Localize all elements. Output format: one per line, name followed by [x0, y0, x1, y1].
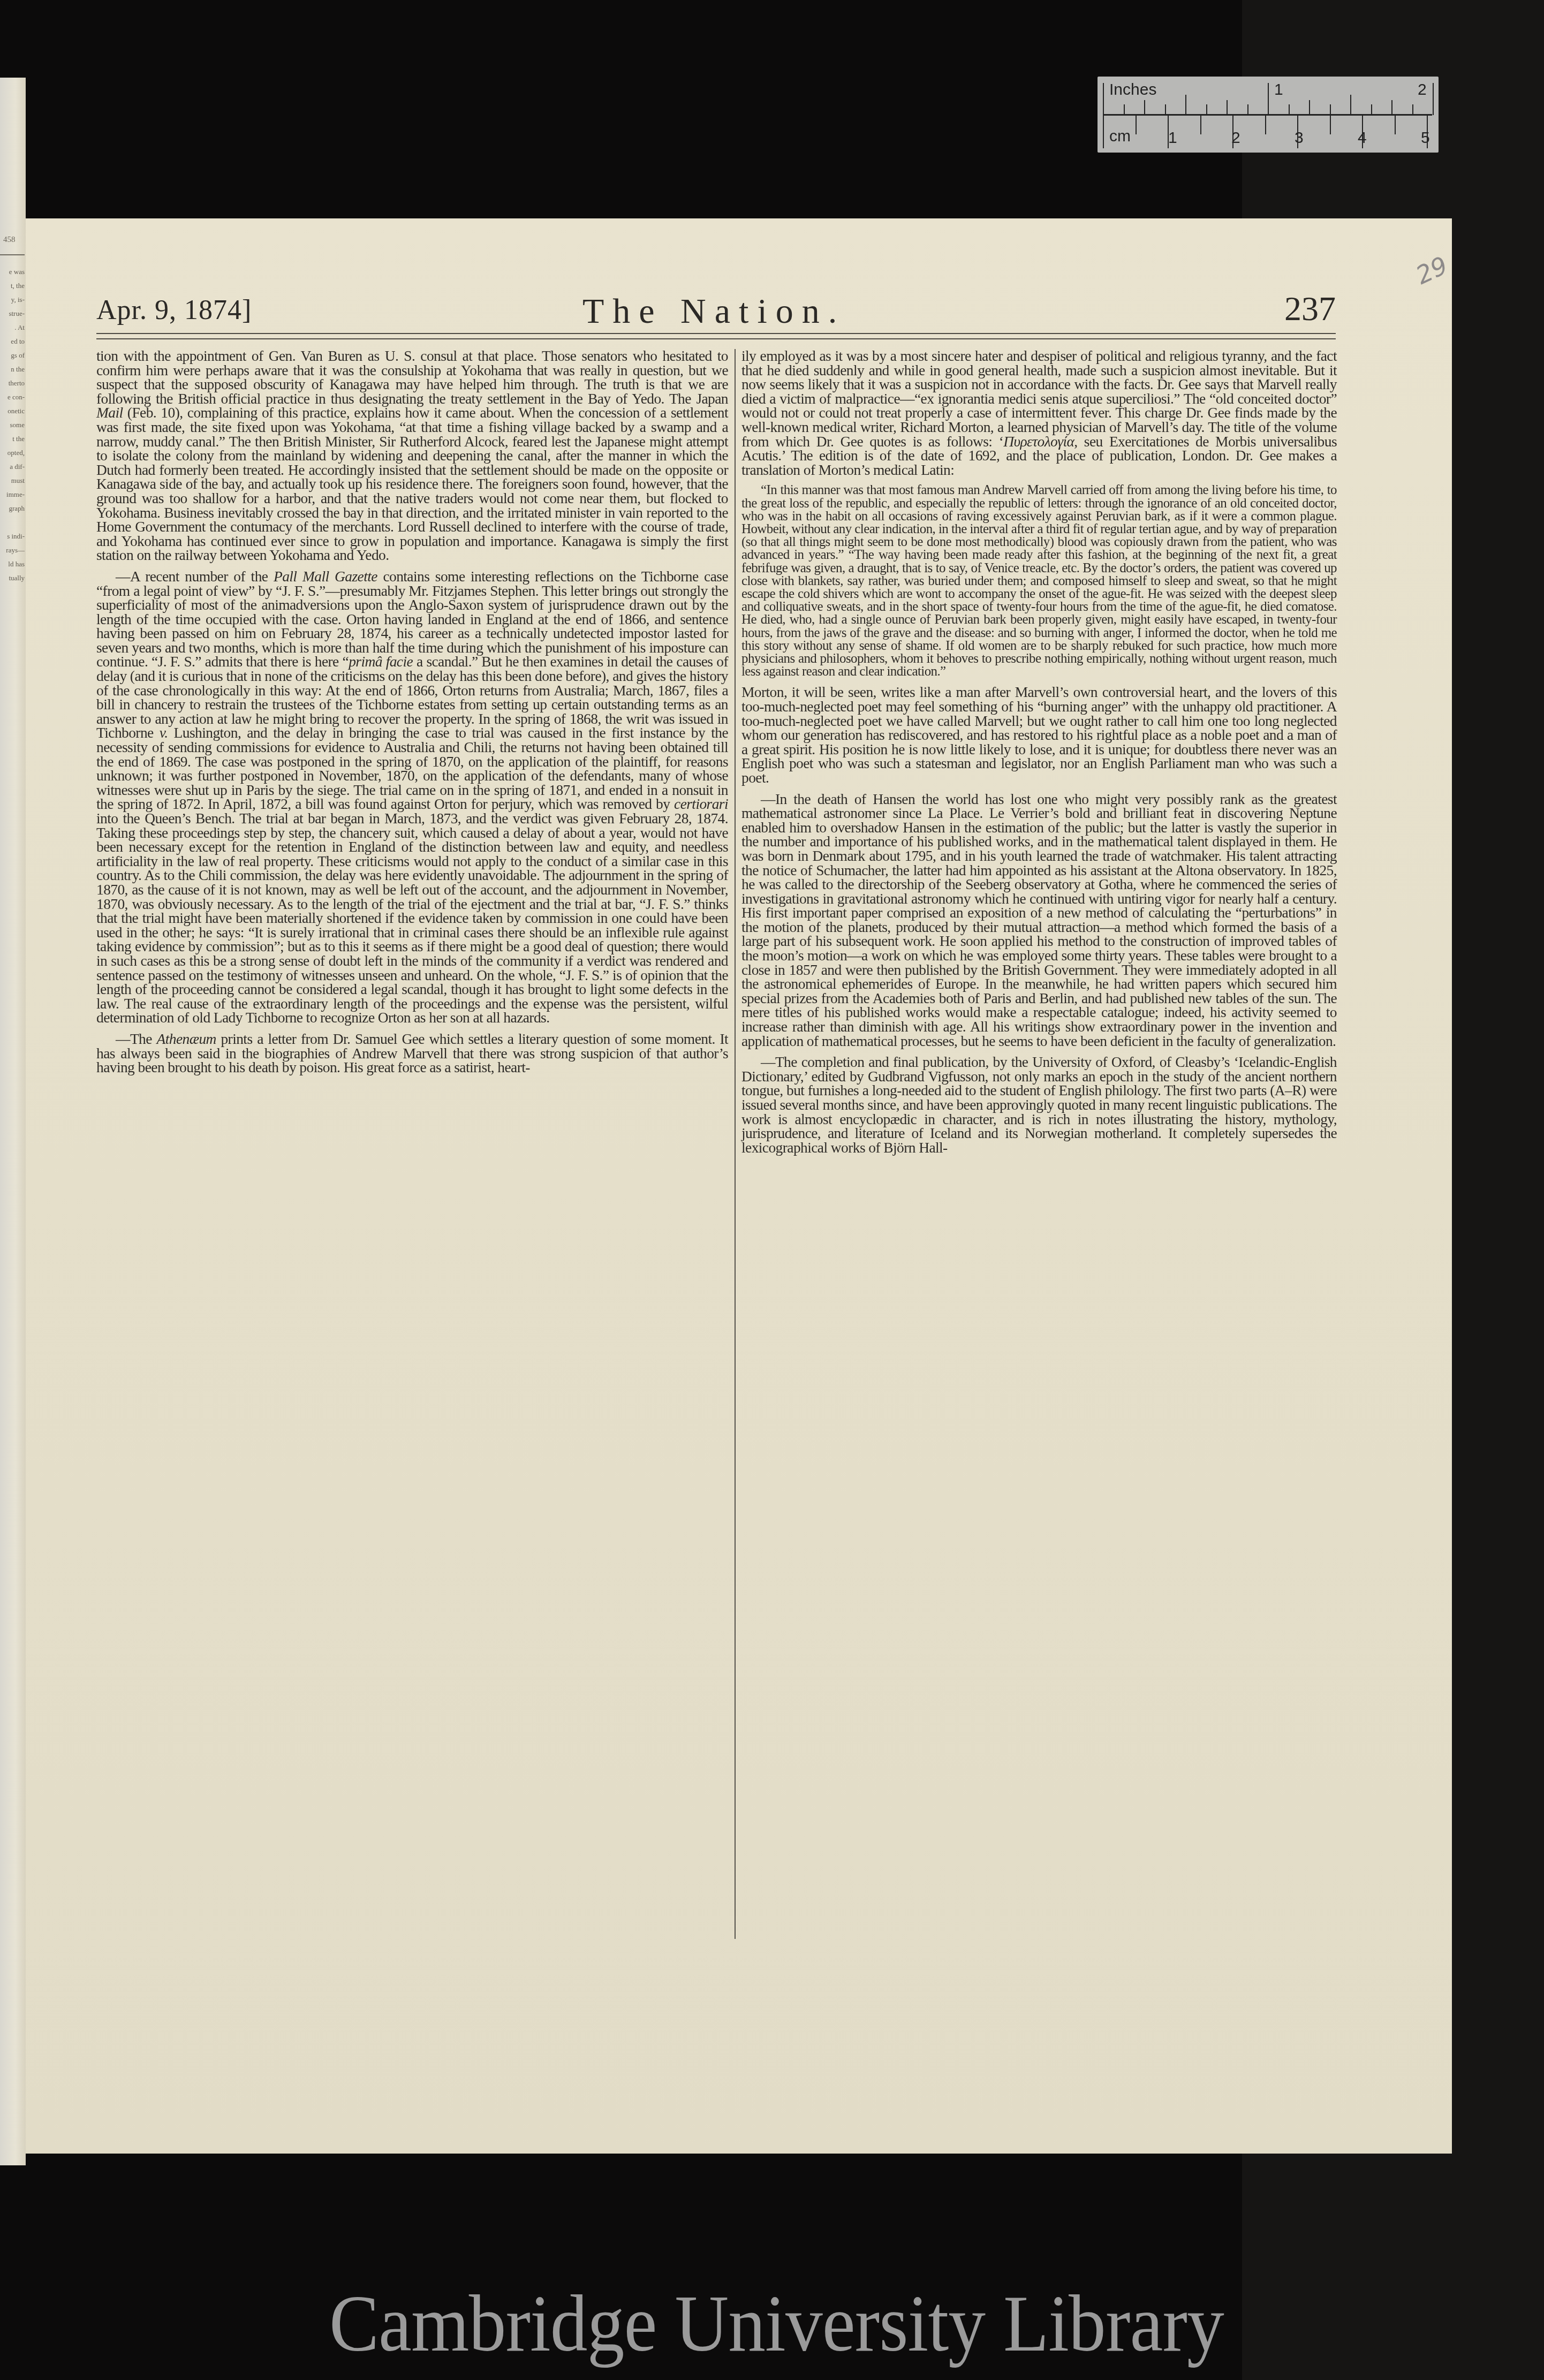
- ruler-inch-mark-2: 2: [1418, 81, 1427, 99]
- ruler-inch-tick: [1289, 104, 1290, 115]
- page-number: 237: [1284, 289, 1336, 329]
- previous-page-fragment: e con-: [1, 390, 25, 404]
- ruler-cm-tick: [1362, 115, 1363, 148]
- right-column: ily employed as it was by a most sincere…: [741, 349, 1337, 1155]
- previous-page-fragment: ld has: [1, 557, 25, 571]
- ruler-inch-tick: [1185, 95, 1186, 115]
- previous-page-fragment: t the: [1, 432, 25, 446]
- previous-page-fragment: ed to: [1, 335, 25, 348]
- previous-page-fragment: a dif-: [1, 460, 25, 474]
- previous-page-fragment: n the: [1, 362, 25, 376]
- previous-page-fragment: [1, 516, 25, 529]
- paragraph-marvell-death: ily employed as it was by a most sincere…: [741, 349, 1337, 477]
- ruler-inch-tick: [1350, 95, 1351, 115]
- previous-page-number: 458: [3, 236, 16, 245]
- previous-page-fragment: some: [1, 418, 25, 432]
- library-watermark: Cambridge University Library: [329, 2278, 1224, 2370]
- ruler-inch-tick: [1206, 104, 1207, 115]
- ruler-cm-tick: [1232, 115, 1233, 148]
- paragraph-yokohama: tion with the appointment of Gen. Van Bu…: [96, 349, 728, 563]
- ruler-cm-tick: [1103, 115, 1104, 148]
- ruler-inch-tick: [1247, 104, 1248, 115]
- ruler-inch-tick: [1227, 100, 1228, 115]
- header-double-rule: [96, 333, 1336, 339]
- previous-page-fragment: tually: [1, 571, 25, 585]
- ruler-cm-tick: [1395, 115, 1396, 134]
- ruler-inch-tick: [1330, 104, 1331, 115]
- previous-page-fragments: e wast, they, is-strue-. Ated togs ofn t…: [1, 265, 25, 585]
- ruler-inch-mark-1: 1: [1274, 81, 1283, 99]
- paragraph-icelandic-dictionary: —The completion and final publication, b…: [741, 1055, 1337, 1155]
- ruler-inch-tick: [1371, 104, 1372, 115]
- previous-page-fragment: must: [1, 474, 25, 488]
- paragraph-hansen: —In the death of Hansen the world has lo…: [741, 792, 1337, 1049]
- ruler-inch-tick: [1391, 100, 1392, 115]
- ruler-inch-tick: [1309, 100, 1310, 115]
- ruler-cm-tick: [1330, 115, 1331, 134]
- previous-page-fragment: t, the: [1, 279, 25, 293]
- previous-page-fragment: imme-: [1, 488, 25, 502]
- ruler-inch-tick: [1165, 104, 1166, 115]
- column-divider: [735, 349, 736, 1939]
- masthead-title: The Nation.: [582, 291, 845, 332]
- ruler-inch-tick: [1103, 83, 1104, 115]
- previous-page-fragment: rays—: [1, 543, 25, 557]
- ruler-cm-tick: [1168, 115, 1169, 148]
- previous-page-rule: [0, 254, 25, 255]
- ruler-cm-tick: [1200, 115, 1201, 134]
- scale-ruler: Inches 1 2 cm 1 2 3 4 5: [1098, 77, 1439, 153]
- ruler-inch-tick: [1433, 83, 1434, 115]
- ruler-cm-mark-1: 1: [1168, 129, 1177, 147]
- ruler-inch-tick: [1268, 83, 1269, 115]
- issue-date: Apr. 9, 1874]: [96, 294, 252, 326]
- ruler-cm-tick: [1136, 115, 1137, 134]
- previous-page-fragment: s indi-: [1, 529, 25, 543]
- previous-page-fragment: . At: [1, 321, 25, 335]
- ruler-cm-tick: [1427, 115, 1428, 148]
- previous-page-fragment: e was: [1, 265, 25, 279]
- ruler-inch-tick: [1144, 100, 1145, 115]
- previous-page-fragment: strue-: [1, 307, 25, 321]
- previous-page-fragment: opted,: [1, 446, 25, 460]
- ruler-cm-tick: [1297, 115, 1298, 148]
- left-column: tion with the appointment of Gen. Van Bu…: [96, 349, 728, 1075]
- ruler-inch-tick: [1124, 104, 1125, 115]
- previous-page-edge: 458 e wast, they, is-strue-. Ated togs o…: [0, 78, 26, 2165]
- blockquote-morton: “In this manner was that most famous man…: [741, 484, 1337, 678]
- ruler-cm-label: cm: [1109, 127, 1131, 146]
- previous-page-fragment: gs of: [1, 348, 25, 362]
- previous-page-fragment: graph: [1, 502, 25, 516]
- ruler-cm-tick: [1265, 115, 1266, 134]
- previous-page-fragment: y, is-: [1, 293, 25, 307]
- paragraph-tichborne: —A recent number of the Pall Mall Gazett…: [96, 570, 728, 1025]
- running-head: Apr. 9, 1874] The Nation. 237: [96, 289, 1336, 332]
- paragraph-marvell-intro: —The Athenæum prints a letter from Dr. S…: [96, 1032, 728, 1075]
- ruler-inches-label: Inches: [1109, 81, 1156, 99]
- previous-page-fragment: therto: [1, 376, 25, 390]
- ruler-cm-mark-5: 5: [1421, 129, 1430, 147]
- ruler-inch-tick: [1412, 104, 1413, 115]
- paragraph-morton-comment: Morton, it will be seen, writes like a m…: [741, 685, 1337, 785]
- previous-page-fragment: onetic: [1, 404, 25, 418]
- ruler-cm-mark-3: 3: [1295, 129, 1304, 147]
